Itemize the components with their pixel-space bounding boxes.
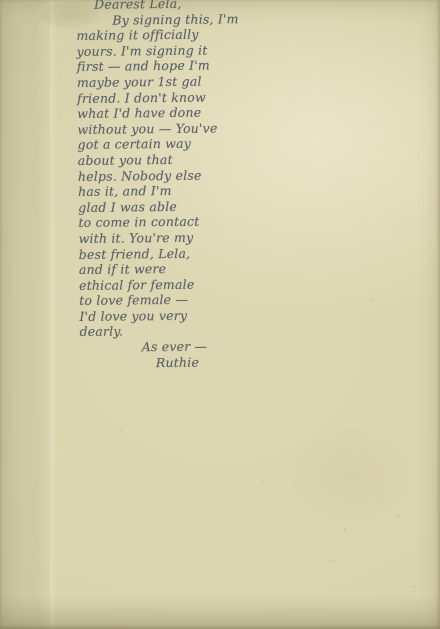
- body-line: and if it were: [79, 260, 259, 277]
- body-line: friend. I don't know: [77, 89, 257, 106]
- body-line: maybe your 1st gal: [77, 73, 257, 90]
- body-line: to come in contact: [78, 213, 258, 230]
- closing-line: As ever —: [142, 338, 260, 355]
- body-line: has it, and I'm: [78, 182, 258, 199]
- body-line: about you that: [78, 151, 258, 168]
- letter-photo: Dearest Lela, By signing this, I'm makin…: [0, 0, 440, 629]
- body-line: with it. You're my: [78, 229, 258, 246]
- bottom-shading: [0, 595, 440, 629]
- body-line: dearly.: [79, 323, 259, 340]
- body-line: to love female —: [79, 291, 259, 308]
- body-line: got a certain way: [78, 135, 258, 152]
- body-line: without you — You've: [77, 120, 257, 137]
- body-line: first — and hope I'm: [77, 57, 257, 74]
- paper-fold-highlight: [50, 0, 58, 629]
- body-line: making it officially: [76, 26, 256, 43]
- body-line: I'd love you very: [79, 307, 259, 324]
- paper-speckles: [0, 0, 1, 1]
- paper-stain: [290, 430, 410, 520]
- body-line: yours. I'm signing it: [77, 42, 257, 59]
- handwritten-letter: Dearest Lela, By signing this, I'm makin…: [76, 0, 260, 371]
- body-line: what I'd have done: [77, 104, 257, 121]
- body-line: glad I was able: [78, 198, 258, 215]
- body-line: ethical for female: [79, 276, 259, 293]
- body-line: helps. Nobody else: [78, 167, 258, 184]
- body-line: best friend, Lela,: [79, 245, 259, 262]
- signature: Ruthie: [156, 354, 260, 371]
- paper-fold-shading: [0, 0, 52, 629]
- body-line: By signing this, I'm: [112, 11, 256, 28]
